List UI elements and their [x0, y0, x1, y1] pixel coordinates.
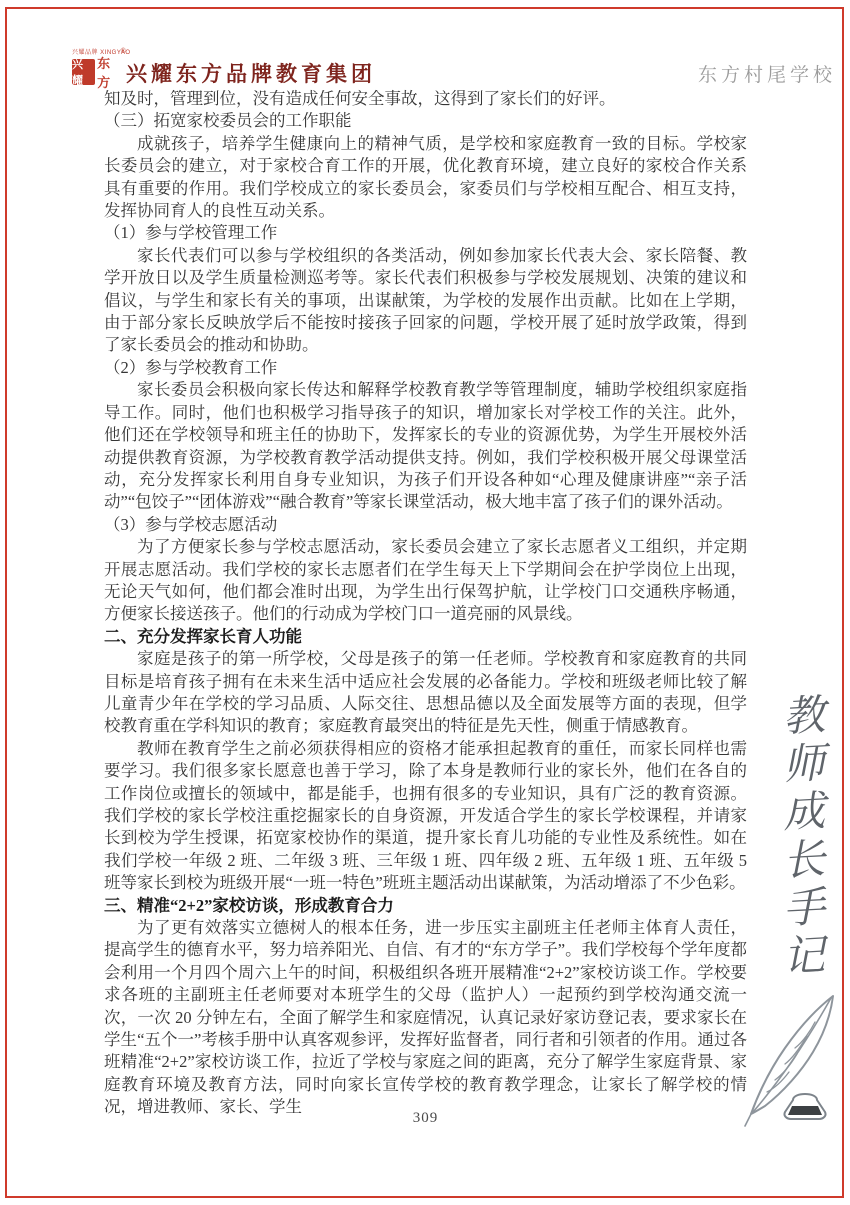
quill-ink-icon: [737, 988, 849, 1138]
paragraph: 家长代表们可以参与学校组织的各类活动，例如参加家长代表大会、家长陪餐、教学开放日…: [104, 245, 747, 357]
calligraphy-char: 长: [782, 835, 826, 885]
paragraph: 为了方便家长参与学校志愿活动，家长委员会建立了家长志愿者义工组织，并定期开展志愿…: [104, 536, 747, 626]
paragraph: 教师在教育学生之前必须获得相应的资格才能承担起教育的重任，而家长同样也需要学习。…: [104, 738, 747, 895]
seal-main-text: 兴耀: [72, 59, 95, 85]
calligraphy-char: 师: [782, 739, 826, 789]
calligraphy-char: 教: [782, 691, 826, 741]
bold-heading-2: 二、充分发挥家长育人功能: [104, 626, 747, 648]
paragraph: 家庭是孩子的第一所学校，父母是孩子的第一任老师。学校教育和家庭教育的共同目标是培…: [104, 648, 747, 738]
registered-mark: ®: [121, 47, 126, 55]
sub-heading-1: （1）参与学校管理工作: [104, 222, 747, 244]
section-heading-3: （三）拓宽家校委员会的工作职能: [104, 110, 747, 132]
sub-heading-2: （2）参与学校教育工作: [104, 357, 747, 379]
calligraphy-char: 手: [782, 883, 826, 933]
vertical-calligraphy-title: 教 师 成 长 手 记: [779, 692, 829, 980]
sub-heading-3: （3）参与学校志愿活动: [104, 514, 747, 536]
document-page: 兴耀品牌 XINGYAO ® 兴耀 东方 兴耀东方品牌教育集团 东方村尾学校 知…: [0, 0, 850, 1205]
paragraph: 为了更有效落实立德树人的根本任务，进一步压实主副班主任老师主体育人责任，提高学生…: [104, 917, 747, 1119]
body-text: 知及时，管理到位，没有造成任何安全事故，这得到了家长们的好评。 （三）拓宽家校委…: [104, 88, 747, 1119]
paragraph: 家长委员会积极向家长传达和解释学校教育教学等管理制度，辅助学校组织家庭指导工作。…: [104, 379, 747, 513]
calligraphy-char: 记: [782, 931, 826, 981]
paragraph: 成就孩子，培养学生健康向上的精神气质，是学校和家庭教育一致的目标。学校家长委员会…: [104, 133, 747, 223]
page-number: 309: [104, 1110, 747, 1127]
calligraphy-char: 成: [782, 787, 826, 837]
school-name: 东方村尾学校: [698, 60, 836, 87]
seal-side-text: 东方: [97, 53, 122, 91]
bold-heading-3: 三、精准“2+2”家校访谈，形成教育合力: [104, 895, 747, 917]
brand-title: 兴耀东方品牌教育集团: [126, 58, 376, 88]
paragraph-continuation: 知及时，管理到位，没有造成任何安全事故，这得到了家长们的好评。: [104, 88, 747, 110]
